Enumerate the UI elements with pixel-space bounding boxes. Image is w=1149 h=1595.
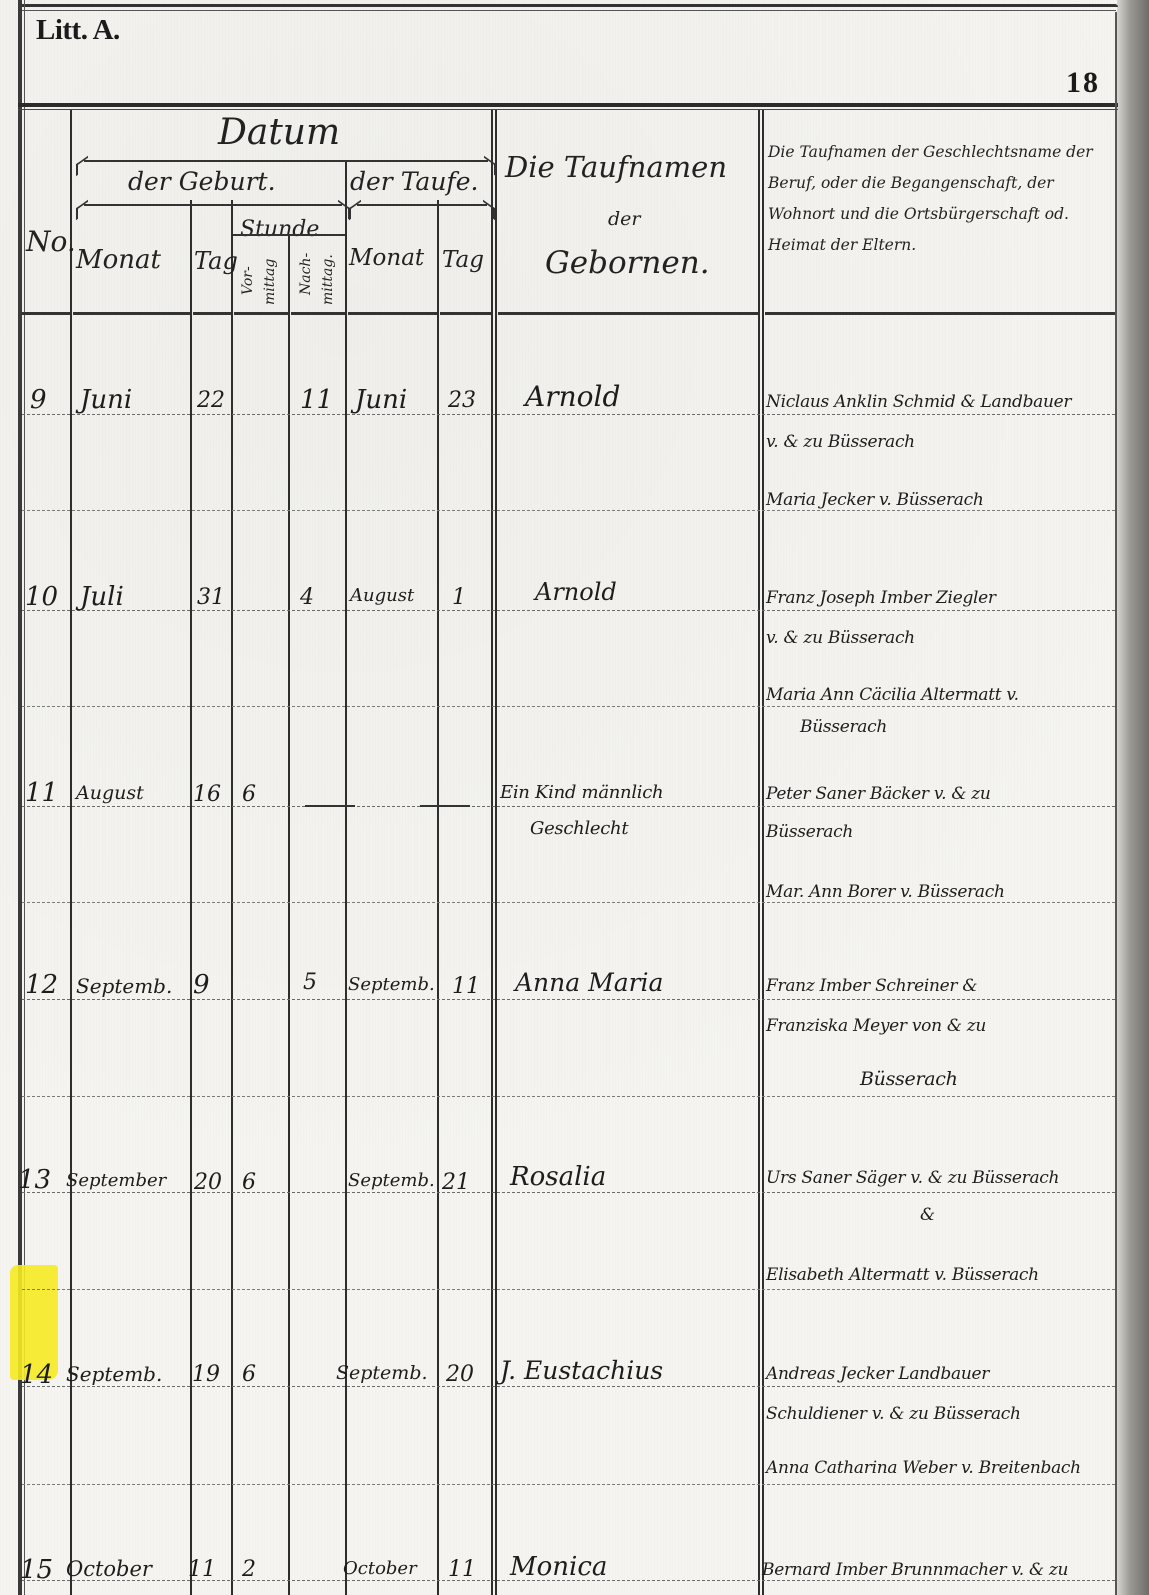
mother-info: Elisabeth Altermatt v. Büsserach — [766, 1265, 1039, 1285]
hour-am: 2 — [242, 1557, 256, 1582]
header-rule — [193, 312, 231, 315]
row-baseline — [22, 999, 1115, 1000]
hour-am: 6 — [242, 782, 256, 807]
baptism-month: August — [350, 585, 414, 606]
mother-info: Mar. Ann Borer v. Büsserach — [766, 882, 1005, 902]
entry-number: 11 — [25, 778, 58, 808]
baptism-day: 23 — [448, 388, 476, 413]
blank-dash — [305, 805, 355, 807]
hour-pm: 4 — [300, 585, 314, 610]
baptism-day: 20 — [446, 1362, 474, 1387]
col-line-child-name — [758, 110, 760, 1595]
child-name: Ein Kind männlich — [500, 782, 663, 803]
row-separator — [22, 902, 1115, 903]
hour-pm: 5 — [303, 970, 317, 995]
header-nachmittag-2: mittag. — [320, 254, 336, 305]
header-baptism-month: Monat — [349, 245, 424, 271]
header-parents: Die Taufnamen der Geschlechtsname der Be… — [768, 137, 1108, 261]
entry-number: 12 — [25, 970, 58, 1000]
baptism-month: Juni — [355, 385, 407, 415]
header-rule — [348, 312, 437, 315]
row-baseline — [22, 806, 1115, 807]
geburt-brace — [84, 204, 342, 206]
header-der-taufe: der Taufe. — [350, 167, 478, 196]
header-geborenen: Gebornen. — [545, 245, 710, 281]
header-vormittag-2: mittag — [262, 259, 278, 305]
title-divider-inner — [18, 109, 1118, 110]
header-birth-month: Monat — [76, 245, 161, 275]
header-datum: Datum — [218, 112, 340, 153]
mother-info: Büsserach — [860, 1068, 958, 1090]
father-info-2: v. & zu Büsserach — [766, 432, 915, 452]
father-info: Urs Saner Säger v. & zu Büsserach — [766, 1168, 1059, 1188]
hour-pm: 11 — [300, 385, 333, 415]
father-info: Bernard Imber Brunnmacher v. & zu — [762, 1560, 1068, 1580]
child-name: Arnold — [525, 380, 620, 413]
row-baseline — [22, 414, 1115, 415]
row-separator — [22, 706, 1115, 707]
header-vormittag: Vor- — [240, 266, 256, 295]
child-name: Arnold — [535, 578, 617, 606]
birth-day: 16 — [193, 782, 221, 807]
entry-number: 9 — [30, 385, 47, 415]
baptism-month: October — [343, 1558, 417, 1579]
header-stunde: Stunde — [240, 217, 319, 242]
mother-info: Maria Ann Cäcilia Altermatt v. — [766, 685, 1019, 705]
hour-am: 6 — [242, 1170, 256, 1195]
row-baseline — [22, 610, 1115, 611]
birth-day: 11 — [188, 1557, 216, 1582]
series-label: Litt. A. — [36, 14, 120, 47]
birth-day: 20 — [194, 1170, 222, 1195]
mother-info-2: Büsserach — [800, 717, 887, 737]
father-info-2: Franziska Meyer von & zu — [766, 1016, 986, 1036]
top-border-inner — [18, 10, 1116, 11]
top-border — [18, 4, 1118, 7]
header-rule — [234, 312, 288, 315]
child-name-2: Geschlecht — [530, 818, 628, 839]
entry-number: 15 — [20, 1555, 53, 1585]
header-der-geburt: der Geburt. — [128, 167, 276, 196]
birth-month: September — [66, 1170, 166, 1191]
father-info: Niclaus Anklin Schmid & Landbauer — [766, 392, 1071, 412]
stunde-divider — [233, 234, 345, 236]
baptism-day: 21 — [442, 1170, 470, 1195]
father-info-2: Schuldiener v. & zu Büsserach — [766, 1404, 1021, 1424]
birth-month: October — [66, 1557, 152, 1581]
right-border — [1115, 12, 1117, 1595]
birth-month: Septemb. — [76, 974, 172, 998]
header-rule — [73, 312, 190, 315]
child-name: Anna Maria — [515, 968, 663, 997]
row-separator — [22, 1484, 1115, 1485]
header-birth-day: Tag — [194, 247, 238, 275]
birth-day: 31 — [197, 585, 225, 610]
header-rule — [291, 312, 345, 315]
page-number: 18 — [1066, 66, 1100, 100]
father-info-2: v. & zu Büsserach — [766, 628, 915, 648]
baptism-day: 11 — [448, 1557, 476, 1582]
header-number: No. — [26, 225, 76, 258]
father-info-2: Büsserach — [766, 822, 853, 842]
father-info: Franz Imber Schreiner & — [766, 976, 977, 996]
entry-number: 13 — [18, 1165, 51, 1195]
father-info: Franz Joseph Imber Ziegler — [766, 588, 996, 608]
col-line-am — [288, 236, 290, 1595]
header-rule — [498, 312, 758, 315]
birth-month: Septemb. — [66, 1362, 162, 1386]
baptism-day: 11 — [452, 974, 480, 999]
blank-dash — [420, 805, 470, 807]
row-baseline — [22, 1386, 1115, 1387]
birth-month: Juli — [80, 582, 124, 612]
entry-number: 10 — [25, 582, 58, 612]
title-divider — [18, 103, 1118, 107]
birth-day: 19 — [192, 1362, 220, 1387]
header-der: der — [608, 208, 641, 230]
col-line-baptism-day — [491, 110, 493, 1595]
row-separator — [22, 1096, 1115, 1097]
birth-month: Juni — [80, 385, 132, 415]
header-taufnamen: Die Taufnamen — [505, 150, 727, 184]
datum-brace — [84, 160, 488, 162]
child-name: Monica — [510, 1552, 607, 1582]
header-nachmittag: Nach- — [298, 253, 314, 295]
row-separator — [22, 510, 1115, 511]
entry-number: 14 — [20, 1360, 53, 1390]
hour-am: 6 — [242, 1362, 256, 1387]
father-info: Andreas Jecker Landbauer — [766, 1364, 989, 1384]
baptism-month: Septemb. — [348, 974, 435, 995]
child-name: Rosalia — [510, 1162, 606, 1192]
book-gutter-shadow — [1117, 0, 1149, 1595]
register-page: Litt. A. 18 Datum der Geburt. der Taufe.… — [0, 0, 1149, 1595]
father-info: Peter Saner Bäcker v. & zu — [766, 784, 991, 804]
header-rule — [440, 312, 491, 315]
header-rule — [22, 312, 70, 315]
header-baptism-day: Tag — [442, 247, 484, 273]
birth-month: August — [76, 782, 144, 804]
mother-info: Maria Jecker v. Büsserach — [766, 490, 984, 510]
baptism-month: Septemb. — [336, 1362, 428, 1384]
row-separator — [22, 1289, 1115, 1290]
child-name: J. Eustachius — [500, 1356, 663, 1385]
row-baseline — [22, 1192, 1115, 1193]
baptism-day: 1 — [452, 585, 466, 610]
father-info-2: & — [920, 1205, 935, 1225]
baptism-month: Septemb. — [348, 1170, 435, 1191]
birth-day: 22 — [197, 388, 225, 413]
mother-info: Anna Catharina Weber v. Breitenbach — [766, 1458, 1081, 1478]
birth-day: 9 — [193, 970, 210, 1000]
header-rule — [765, 312, 1115, 315]
taufe-brace — [357, 204, 487, 206]
